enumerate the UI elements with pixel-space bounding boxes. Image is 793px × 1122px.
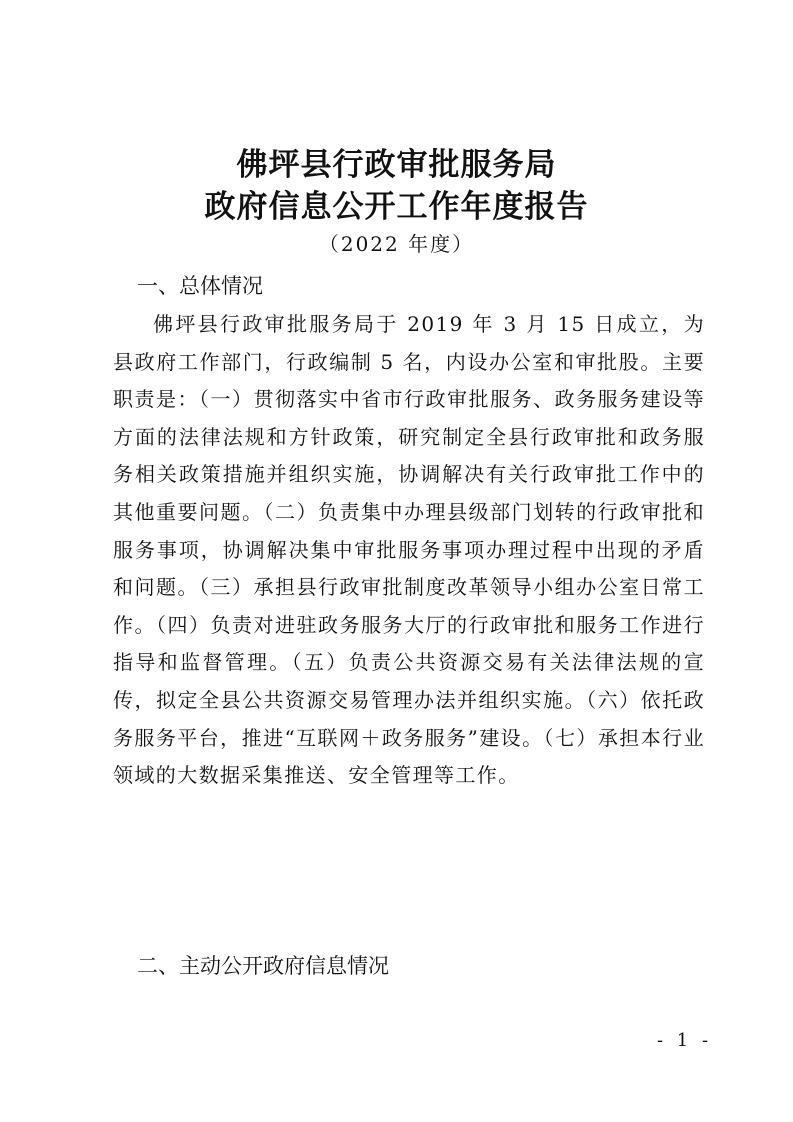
document-subtitle-year: （2022 年度）: [0, 228, 793, 257]
document-page: 佛坪县行政审批服务局 政府信息公开工作年度报告 （2022 年度） 一、总体情况…: [0, 0, 793, 1122]
section-heading-overview: 一、总体情况: [137, 270, 263, 300]
document-title-line1: 佛坪县行政审批服务局: [0, 139, 793, 184]
document-title-line2: 政府信息公开工作年度报告: [0, 181, 793, 226]
section-heading-proactive-disclosure: 二、主动公开政府信息情况: [137, 950, 389, 980]
section-paragraph-overview: 佛坪县行政审批服务局于 2019 年 3 月 15 日成立，为县政府工作部门，行…: [113, 306, 705, 795]
page-number: - 1 -: [657, 1030, 712, 1051]
